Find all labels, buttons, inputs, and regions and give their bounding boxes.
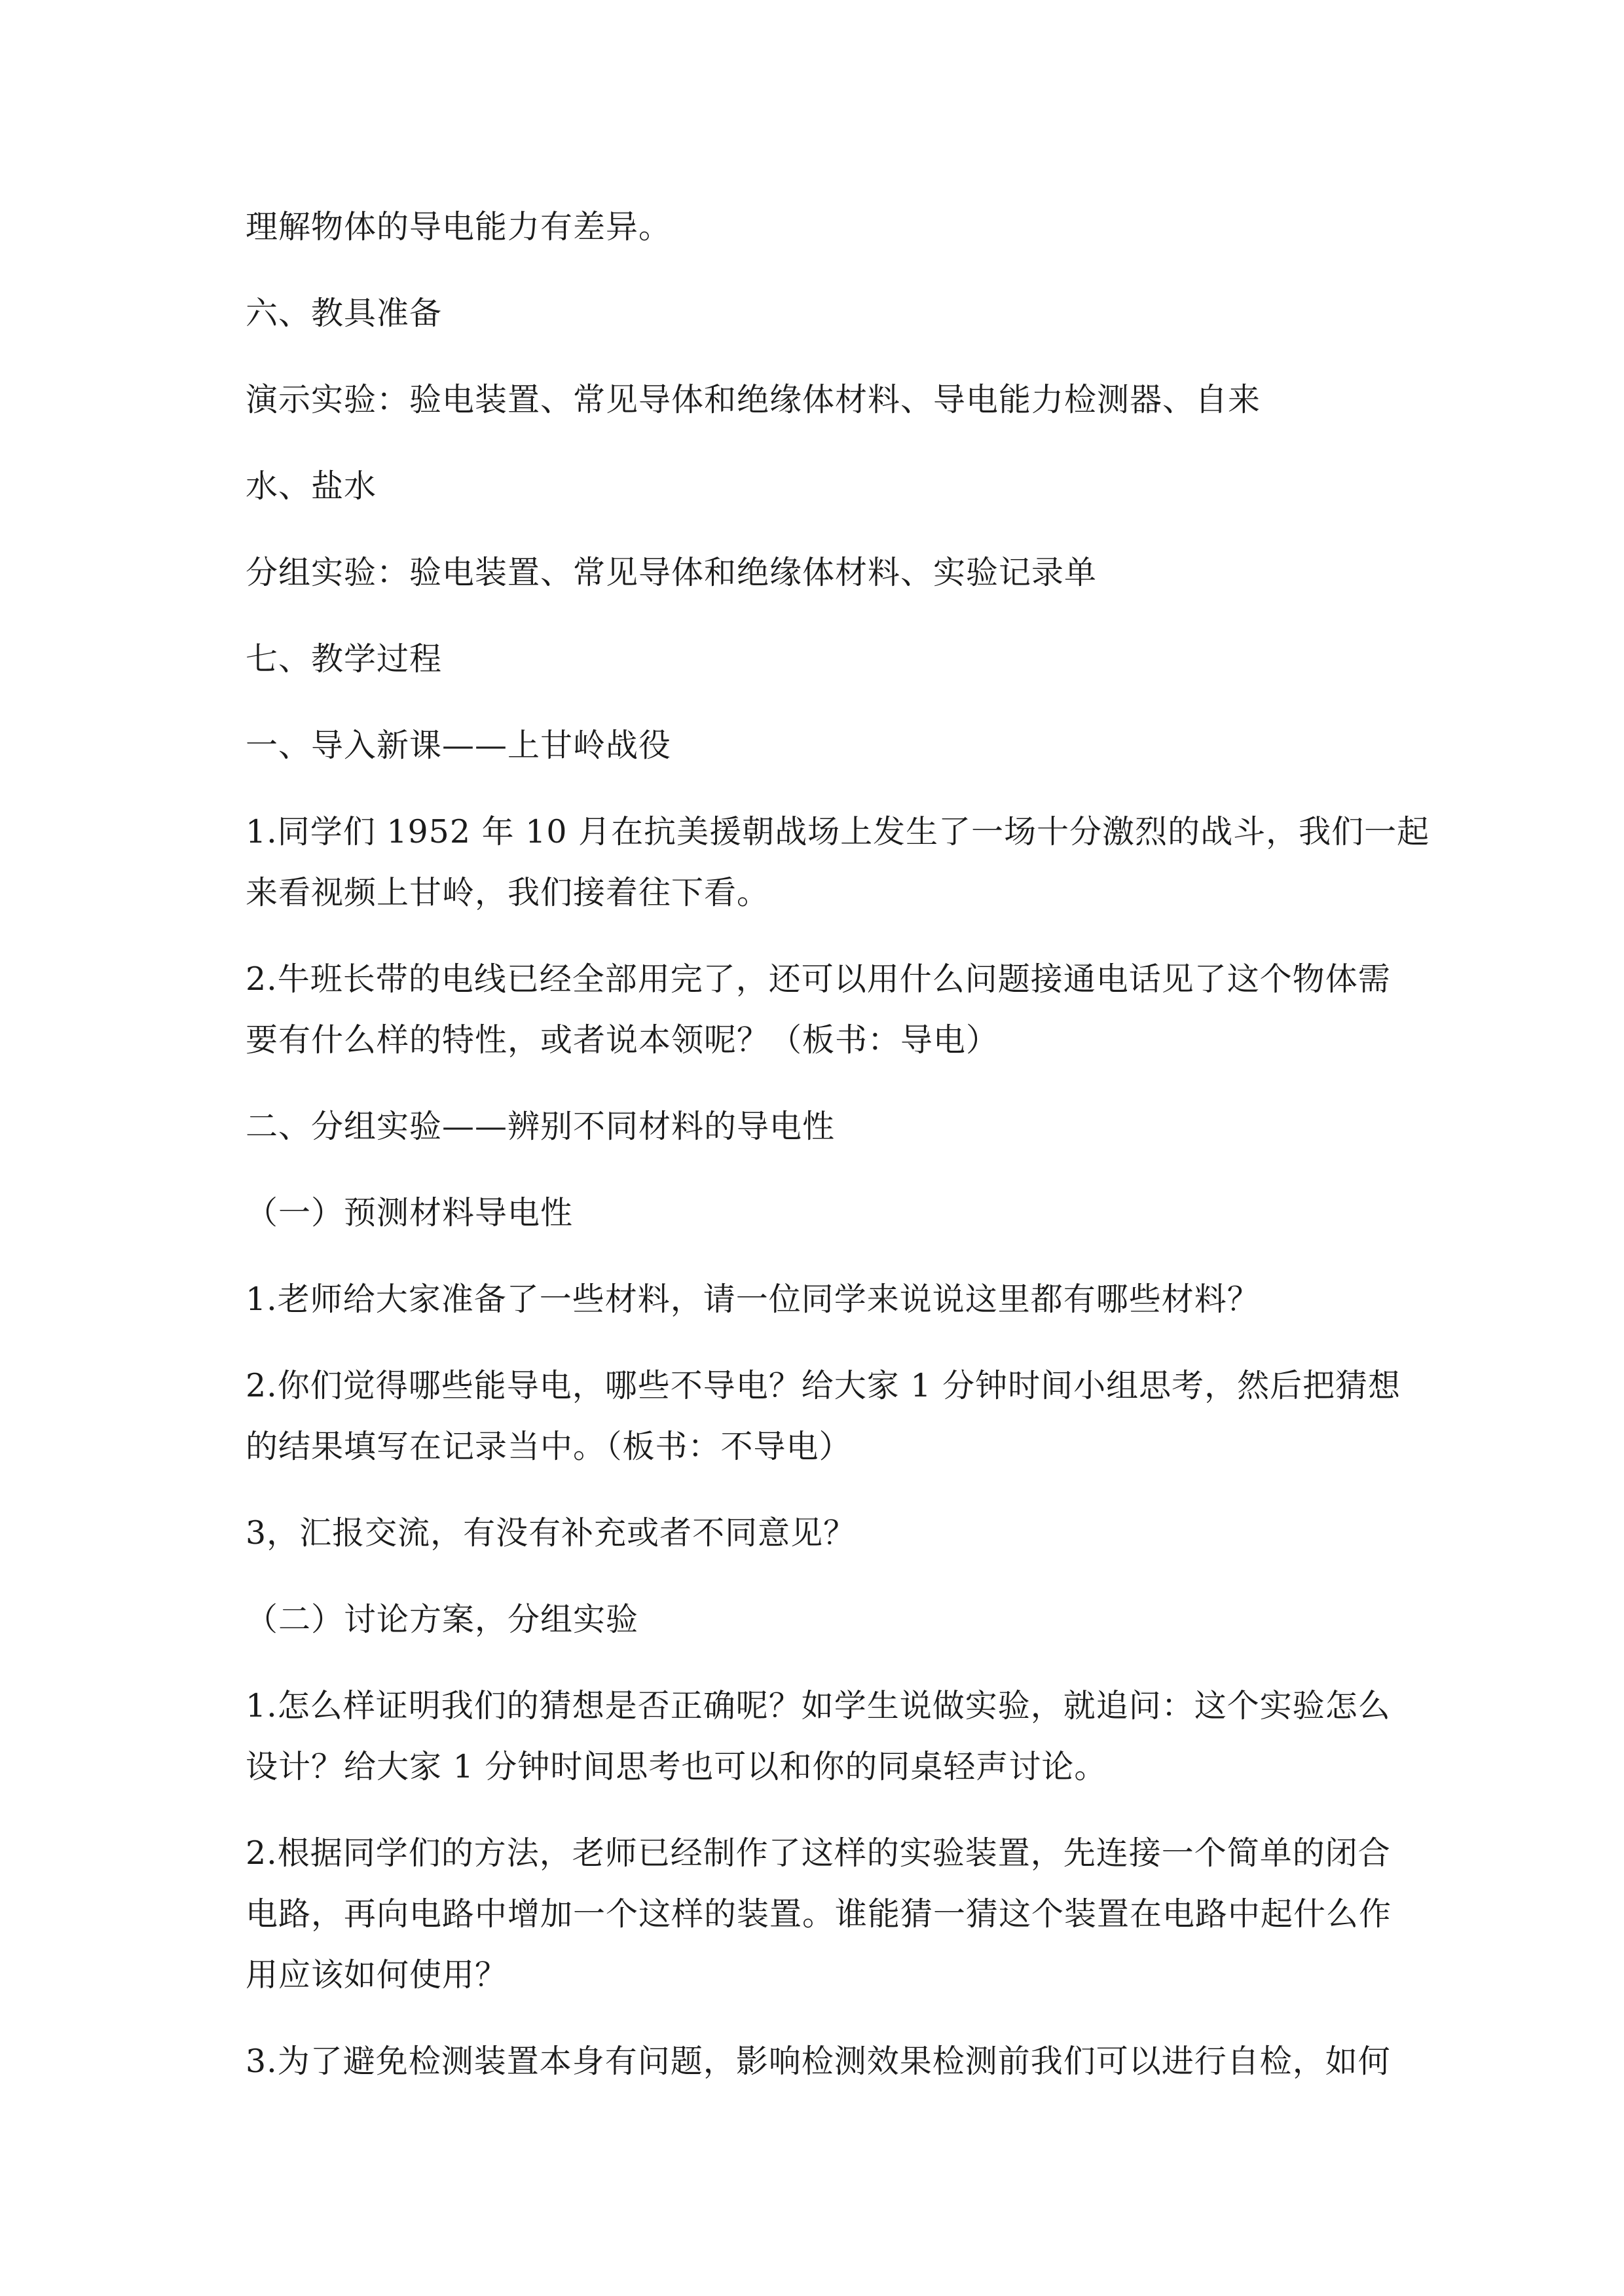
subsection-heading: （二）讨论方案，分组实验 <box>246 1589 1378 1650</box>
paragraph: 七、教学过程 <box>246 629 1378 689</box>
document-line: 1.怎么样证明我们的猜想是否正确呢？如学生说做实验，就追问：这个实验怎么 <box>246 1675 1378 1736</box>
document-line: 1.老师给大家准备了一些材料，请一位同学来说说这里都有哪些材料？ <box>246 1269 1378 1330</box>
document-line: 来看视频上甘岭，我们接着往下看。 <box>246 862 1378 923</box>
document-line: 3.为了避免检测装置本身有问题，影响检测效果检测前我们可以进行自检，如何 <box>246 2031 1378 2092</box>
subsection-heading: 一、导入新课——上甘岭战役 <box>246 715 1378 776</box>
paragraph: 2.你们觉得哪些能导电，哪些不导电？给大家 1 分钟时间小组思考，然后把猜想 的… <box>246 1355 1378 1477</box>
paragraph: 2.根据同学们的方法，老师已经制作了这样的实验装置，先连接一个简单的闭合 电路，… <box>246 1823 1378 2005</box>
section-heading: 七、教学过程 <box>246 629 1378 689</box>
paragraph: （一）预测材料导电性 <box>246 1182 1378 1243</box>
document-line: 2.你们觉得哪些能导电，哪些不导电？给大家 1 分钟时间小组思考，然后把猜想 <box>246 1355 1378 1416</box>
document-line: 1.同学们 1952 年 10 月在抗美援朝战场上发生了一场十分激烈的战斗，我们… <box>246 801 1378 862</box>
paragraph: 3，汇报交流，有没有补充或者不同意见？ <box>246 1503 1378 1563</box>
document-line: 理解物体的导电能力有差异。 <box>246 196 1378 257</box>
document-line: 电路，再向电路中增加一个这样的装置。谁能猜一猜这个装置在电路中起什么作 <box>246 1884 1378 1944</box>
document-line: 设计？给大家 1 分钟时间思考也可以和你的同桌轻声讨论。 <box>246 1736 1378 1797</box>
paragraph: 演示实验：验电装置、常见导体和绝缘体材料、导电能力检测器、自来 <box>246 369 1378 430</box>
document-line: 要有什么样的特性，或者说本领呢？（板书：导电） <box>246 1010 1378 1070</box>
document-line: 演示实验：验电装置、常见导体和绝缘体材料、导电能力检测器、自来 <box>246 369 1378 430</box>
document-line: 的结果填写在记录当中。（板书：不导电） <box>246 1416 1378 1477</box>
document-line: 分组实验：验电装置、常见导体和绝缘体材料、实验记录单 <box>246 542 1378 603</box>
paragraph: 2.牛班长带的电线已经全部用完了，还可以用什么问题接通电话见了这个物体需 要有什… <box>246 949 1378 1070</box>
paragraph: 一、导入新课——上甘岭战役 <box>246 715 1378 776</box>
paragraph: 1.老师给大家准备了一些材料，请一位同学来说说这里都有哪些材料？ <box>246 1269 1378 1330</box>
subsection-heading: 二、分组实验——辨别不同材料的导电性 <box>246 1096 1378 1157</box>
document-line: 用应该如何使用？ <box>246 1944 1378 2005</box>
subsection-heading: （一）预测材料导电性 <box>246 1182 1378 1243</box>
paragraph: 六、教具准备 <box>246 283 1378 344</box>
document-line: 2.牛班长带的电线已经全部用完了，还可以用什么问题接通电话见了这个物体需 <box>246 949 1378 1010</box>
paragraph: 1.同学们 1952 年 10 月在抗美援朝战场上发生了一场十分激烈的战斗，我们… <box>246 801 1378 923</box>
paragraph: 水、盐水 <box>246 456 1378 517</box>
document-line: 2.根据同学们的方法，老师已经制作了这样的实验装置，先连接一个简单的闭合 <box>246 1823 1378 1884</box>
paragraph: 1.怎么样证明我们的猜想是否正确呢？如学生说做实验，就追问：这个实验怎么 设计？… <box>246 1675 1378 1797</box>
section-heading: 六、教具准备 <box>246 283 1378 344</box>
document-page: 理解物体的导电能力有差异。 六、教具准备 演示实验：验电装置、常见导体和绝缘体材… <box>0 0 1624 2296</box>
paragraph: 二、分组实验——辨别不同材料的导电性 <box>246 1096 1378 1157</box>
document-line: 水、盐水 <box>246 456 1378 517</box>
paragraph: 理解物体的导电能力有差异。 <box>246 196 1378 257</box>
document-line: 3，汇报交流，有没有补充或者不同意见？ <box>246 1503 1378 1563</box>
paragraph: 分组实验：验电装置、常见导体和绝缘体材料、实验记录单 <box>246 542 1378 603</box>
paragraph: （二）讨论方案，分组实验 <box>246 1589 1378 1650</box>
paragraph: 3.为了避免检测装置本身有问题，影响检测效果检测前我们可以进行自检，如何 <box>246 2031 1378 2092</box>
